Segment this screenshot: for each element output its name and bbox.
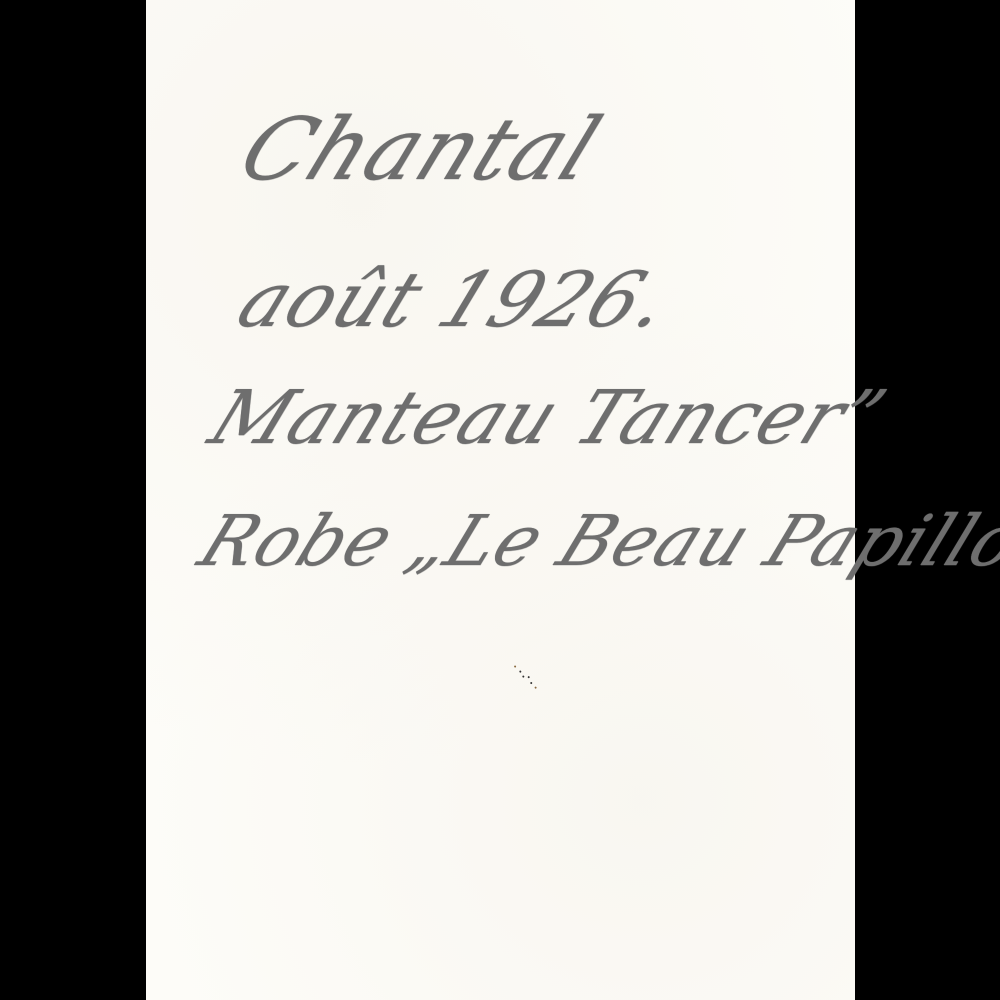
handwritten-garment-coat: Manteau Tancer” (198, 375, 898, 461)
handwritten-garment-dress: Robe „Le Beau Papillon” (188, 500, 1000, 582)
paper-sheet: Chantal août 1926. Manteau Tancer” Robe … (146, 0, 855, 1000)
paper-speck-mark (505, 661, 546, 696)
handwritten-date: août 1926. (226, 255, 684, 344)
scan-frame: Chantal août 1926. Manteau Tancer” Robe … (0, 0, 1000, 1000)
handwritten-name: Chantal (226, 100, 615, 200)
